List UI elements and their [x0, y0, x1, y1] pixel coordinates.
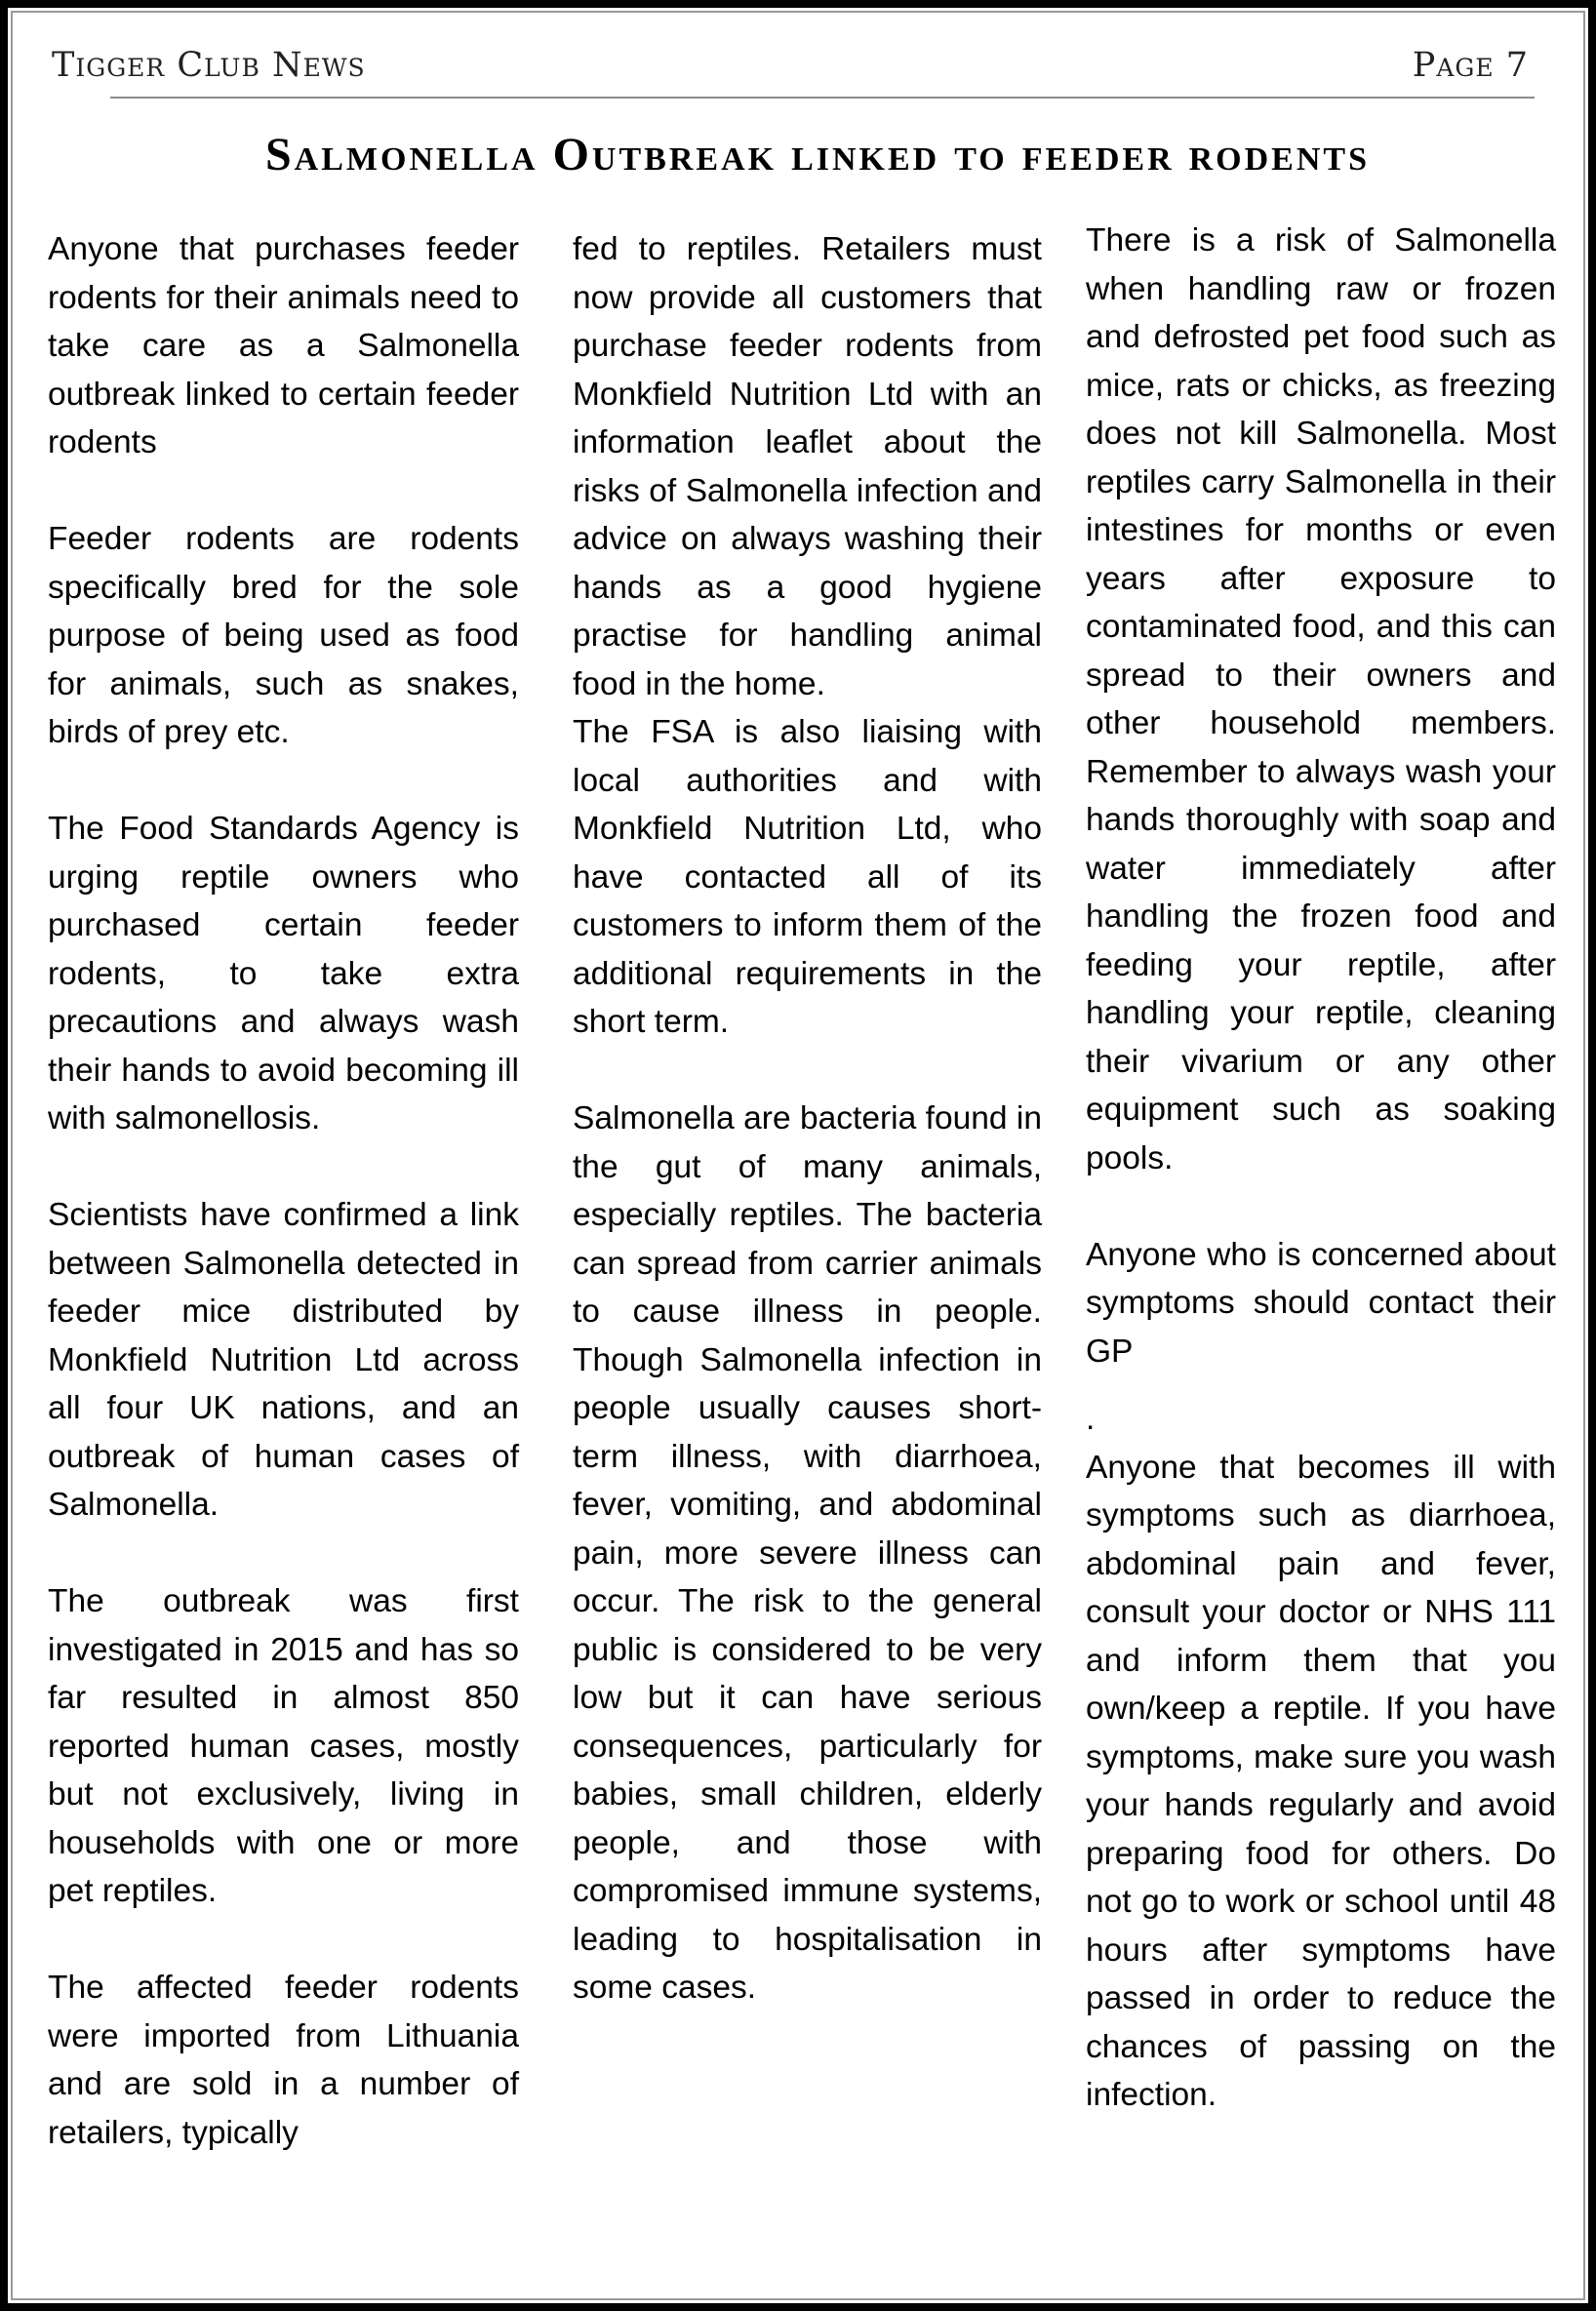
article-column-1: Anyone that purchases feeder rodents for…	[48, 225, 519, 2157]
paragraph: Anyone who is concerned about symptoms s…	[1086, 1231, 1556, 1376]
paragraph: Feeder rodents are rodents specifically …	[48, 515, 519, 757]
paragraph: The FSA is also liaising with local auth…	[573, 708, 1042, 1047]
paragraph: Anyone that purchases feeder rodents for…	[48, 225, 519, 467]
paragraph: The affected feeder rodents were importe…	[48, 1964, 519, 2157]
article-column-3: There is a risk of Salmonella when handl…	[1086, 217, 1556, 2120]
paragraph: Anyone that becomes ill with symptoms su…	[1086, 1444, 1556, 2120]
paragraph: fed to reptiles. Retailers must now prov…	[573, 225, 1042, 708]
stray-period: .	[1086, 1395, 1556, 1444]
paragraph-spacer	[48, 757, 519, 806]
header-divider	[110, 97, 1535, 99]
article-title: Salmonella Outbreak linked to feeder rod…	[13, 128, 1583, 181]
paragraph-spacer	[48, 1530, 519, 1578]
paragraph-spacer	[48, 1143, 519, 1192]
paragraph-spacer	[573, 1047, 1042, 1096]
page-number: Page 7	[1413, 46, 1529, 85]
paragraph: The outbreak was first investigated in 2…	[48, 1577, 519, 1916]
page-frame: Tigger Club News Page 7 Salmonella Outbr…	[8, 8, 1588, 2303]
paragraph: The Food Standards Agency is urging rept…	[48, 805, 519, 1143]
article-column-2: fed to reptiles. Retailers must now prov…	[573, 225, 1042, 2012]
paragraph: Scientists have confirmed a link between…	[48, 1191, 519, 1530]
paragraph-spacer	[1086, 1182, 1556, 1231]
paragraph-spacer	[48, 467, 519, 516]
publication-name: Tigger Club News	[52, 46, 366, 85]
paragraph: Salmonella are bacteria found in the gut…	[573, 1095, 1042, 2012]
paragraph-spacer	[48, 1916, 519, 1965]
paragraph-spacer	[1086, 1375, 1556, 1395]
paragraph: There is a risk of Salmonella when handl…	[1086, 217, 1556, 1182]
page: Tigger Club News Page 7 Salmonella Outbr…	[11, 11, 1585, 2300]
